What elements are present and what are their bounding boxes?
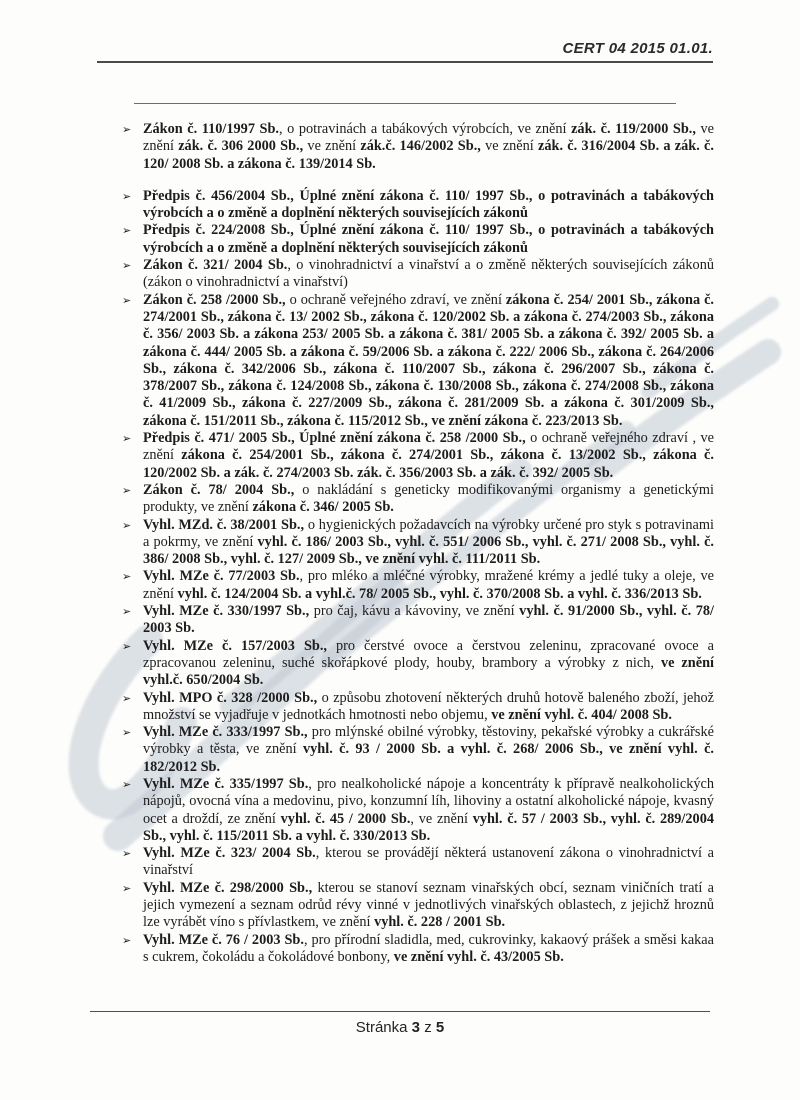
regulation-text: Zákon č. 110/1997 Sb., o potravinách a t… <box>143 121 714 173</box>
list-item: ➢Předpis č. 224/2008 Sb., Úplné znění zá… <box>122 222 714 257</box>
regulation-text: Zákon č. 78/ 2004 Sb., o nakládání s gen… <box>143 482 714 517</box>
list-item: ➢Vyhl. MZe č. 157/2003 Sb., pro čerstvé … <box>122 638 714 690</box>
regulation-text: Předpis č. 456/2004 Sb., Úplné znění zák… <box>143 188 714 223</box>
list-item: ➢Vyhl. MZe č. 76 / 2003 Sb., pro přírodn… <box>122 932 714 967</box>
list-item: ➢Zákon č. 78/ 2004 Sb., o nakládání s ge… <box>122 482 714 517</box>
list-item: ➢Vyhl. MZe č. 298/2000 Sb., kterou se st… <box>122 880 714 932</box>
arrow-bullet-icon: ➢ <box>122 932 143 967</box>
list-item: ➢Vyhl. MZe č. 77/2003 Sb., pro mléko a m… <box>122 568 714 603</box>
page-number: 3 <box>412 1019 420 1036</box>
arrow-bullet-icon: ➢ <box>122 724 143 776</box>
arrow-bullet-icon: ➢ <box>122 880 143 932</box>
regulation-text: Zákon č. 258 /2000 Sb., o ochraně veřejn… <box>143 292 714 430</box>
list-item: ➢Vyhl. MPO č. 328 /2000 Sb., o způsobu z… <box>122 690 714 725</box>
arrow-bullet-icon: ➢ <box>122 257 143 292</box>
arrow-bullet-icon: ➢ <box>122 690 143 725</box>
footer-rule <box>90 1011 710 1012</box>
header-rule <box>97 61 713 63</box>
regulation-text: Vyhl. MZe č. 323/ 2004 Sb., kterou se pr… <box>143 845 714 880</box>
scanned-document-page: CERT 04 2015 01.01. ➢Zákon č. 110/1997 S… <box>0 0 800 1100</box>
regulation-text: Vyhl. MPO č. 328 /2000 Sb., o způsobu zh… <box>143 690 714 725</box>
list-item: ➢Zákon č. 258 /2000 Sb., o ochraně veřej… <box>122 292 714 430</box>
arrow-bullet-icon: ➢ <box>122 638 143 690</box>
regulation-text: Vyhl. MZe č. 157/2003 Sb., pro čerstvé o… <box>143 638 714 690</box>
page-word: Stránka <box>356 1019 408 1036</box>
arrow-bullet-icon: ➢ <box>122 568 143 603</box>
list-item: ➢Vyhl. MZd. č. 38/2001 Sb., o hygienický… <box>122 517 714 569</box>
arrow-bullet-icon: ➢ <box>122 776 143 845</box>
arrow-bullet-icon: ➢ <box>122 517 143 569</box>
list-item: ➢Vyhl. MZe č. 323/ 2004 Sb., kterou se p… <box>122 845 714 880</box>
list-item: ➢Vyhl. MZe č. 333/1997 Sb., pro mlýnské … <box>122 724 714 776</box>
arrow-bullet-icon: ➢ <box>122 292 143 430</box>
subheader-rule <box>134 103 676 104</box>
page-footer: Stránka 3 z 5 <box>0 1019 800 1036</box>
regulation-text: Předpis č. 224/2008 Sb., Úplné znění zák… <box>143 222 714 257</box>
arrow-bullet-icon: ➢ <box>122 430 143 482</box>
list-item: ➢Zákon č. 321/ 2004 Sb., o vinohradnictv… <box>122 257 714 292</box>
of-word: z <box>424 1019 432 1036</box>
list-item: ➢Předpis č. 471/ 2005 Sb., Úplné znění z… <box>122 430 714 482</box>
regulation-list: ➢Zákon č. 110/1997 Sb., o potravinách a … <box>122 121 714 966</box>
arrow-bullet-icon: ➢ <box>122 603 143 638</box>
regulation-text: Vyhl. MZd. č. 38/2001 Sb., o hygienickýc… <box>143 517 714 569</box>
regulation-text: Vyhl. MZe č. 77/2003 Sb., pro mléko a ml… <box>143 568 714 603</box>
list-item: ➢Předpis č. 456/2004 Sb., Úplné znění zá… <box>122 188 714 223</box>
arrow-bullet-icon: ➢ <box>122 222 143 257</box>
regulation-text: Předpis č. 471/ 2005 Sb., Úplné znění zá… <box>143 430 714 482</box>
arrow-bullet-icon: ➢ <box>122 845 143 880</box>
regulation-text: Vyhl. MZe č. 333/1997 Sb., pro mlýnské o… <box>143 724 714 776</box>
list-item: ➢Vyhl. MZe č. 330/1997 Sb., pro čaj, káv… <box>122 603 714 638</box>
arrow-bullet-icon: ➢ <box>122 188 143 223</box>
arrow-bullet-icon: ➢ <box>122 482 143 517</box>
page-total: 5 <box>436 1019 444 1036</box>
document-code: CERT 04 2015 01.01. <box>562 40 713 57</box>
regulation-text: Vyhl. MZe č. 76 / 2003 Sb., pro přírodní… <box>143 932 714 967</box>
regulation-text: Vyhl. MZe č. 330/1997 Sb., pro čaj, kávu… <box>143 603 714 638</box>
regulation-text: Vyhl. MZe č. 298/2000 Sb., kterou se sta… <box>143 880 714 932</box>
regulation-text: Vyhl. MZe č. 335/1997 Sb., pro nealkohol… <box>143 776 714 845</box>
arrow-bullet-icon: ➢ <box>122 121 143 173</box>
list-item: ➢Vyhl. MZe č. 335/1997 Sb., pro nealkoho… <box>122 776 714 845</box>
list-item: ➢Zákon č. 110/1997 Sb., o potravinách a … <box>122 121 714 173</box>
regulation-text: Zákon č. 321/ 2004 Sb., o vinohradnictví… <box>143 257 714 292</box>
